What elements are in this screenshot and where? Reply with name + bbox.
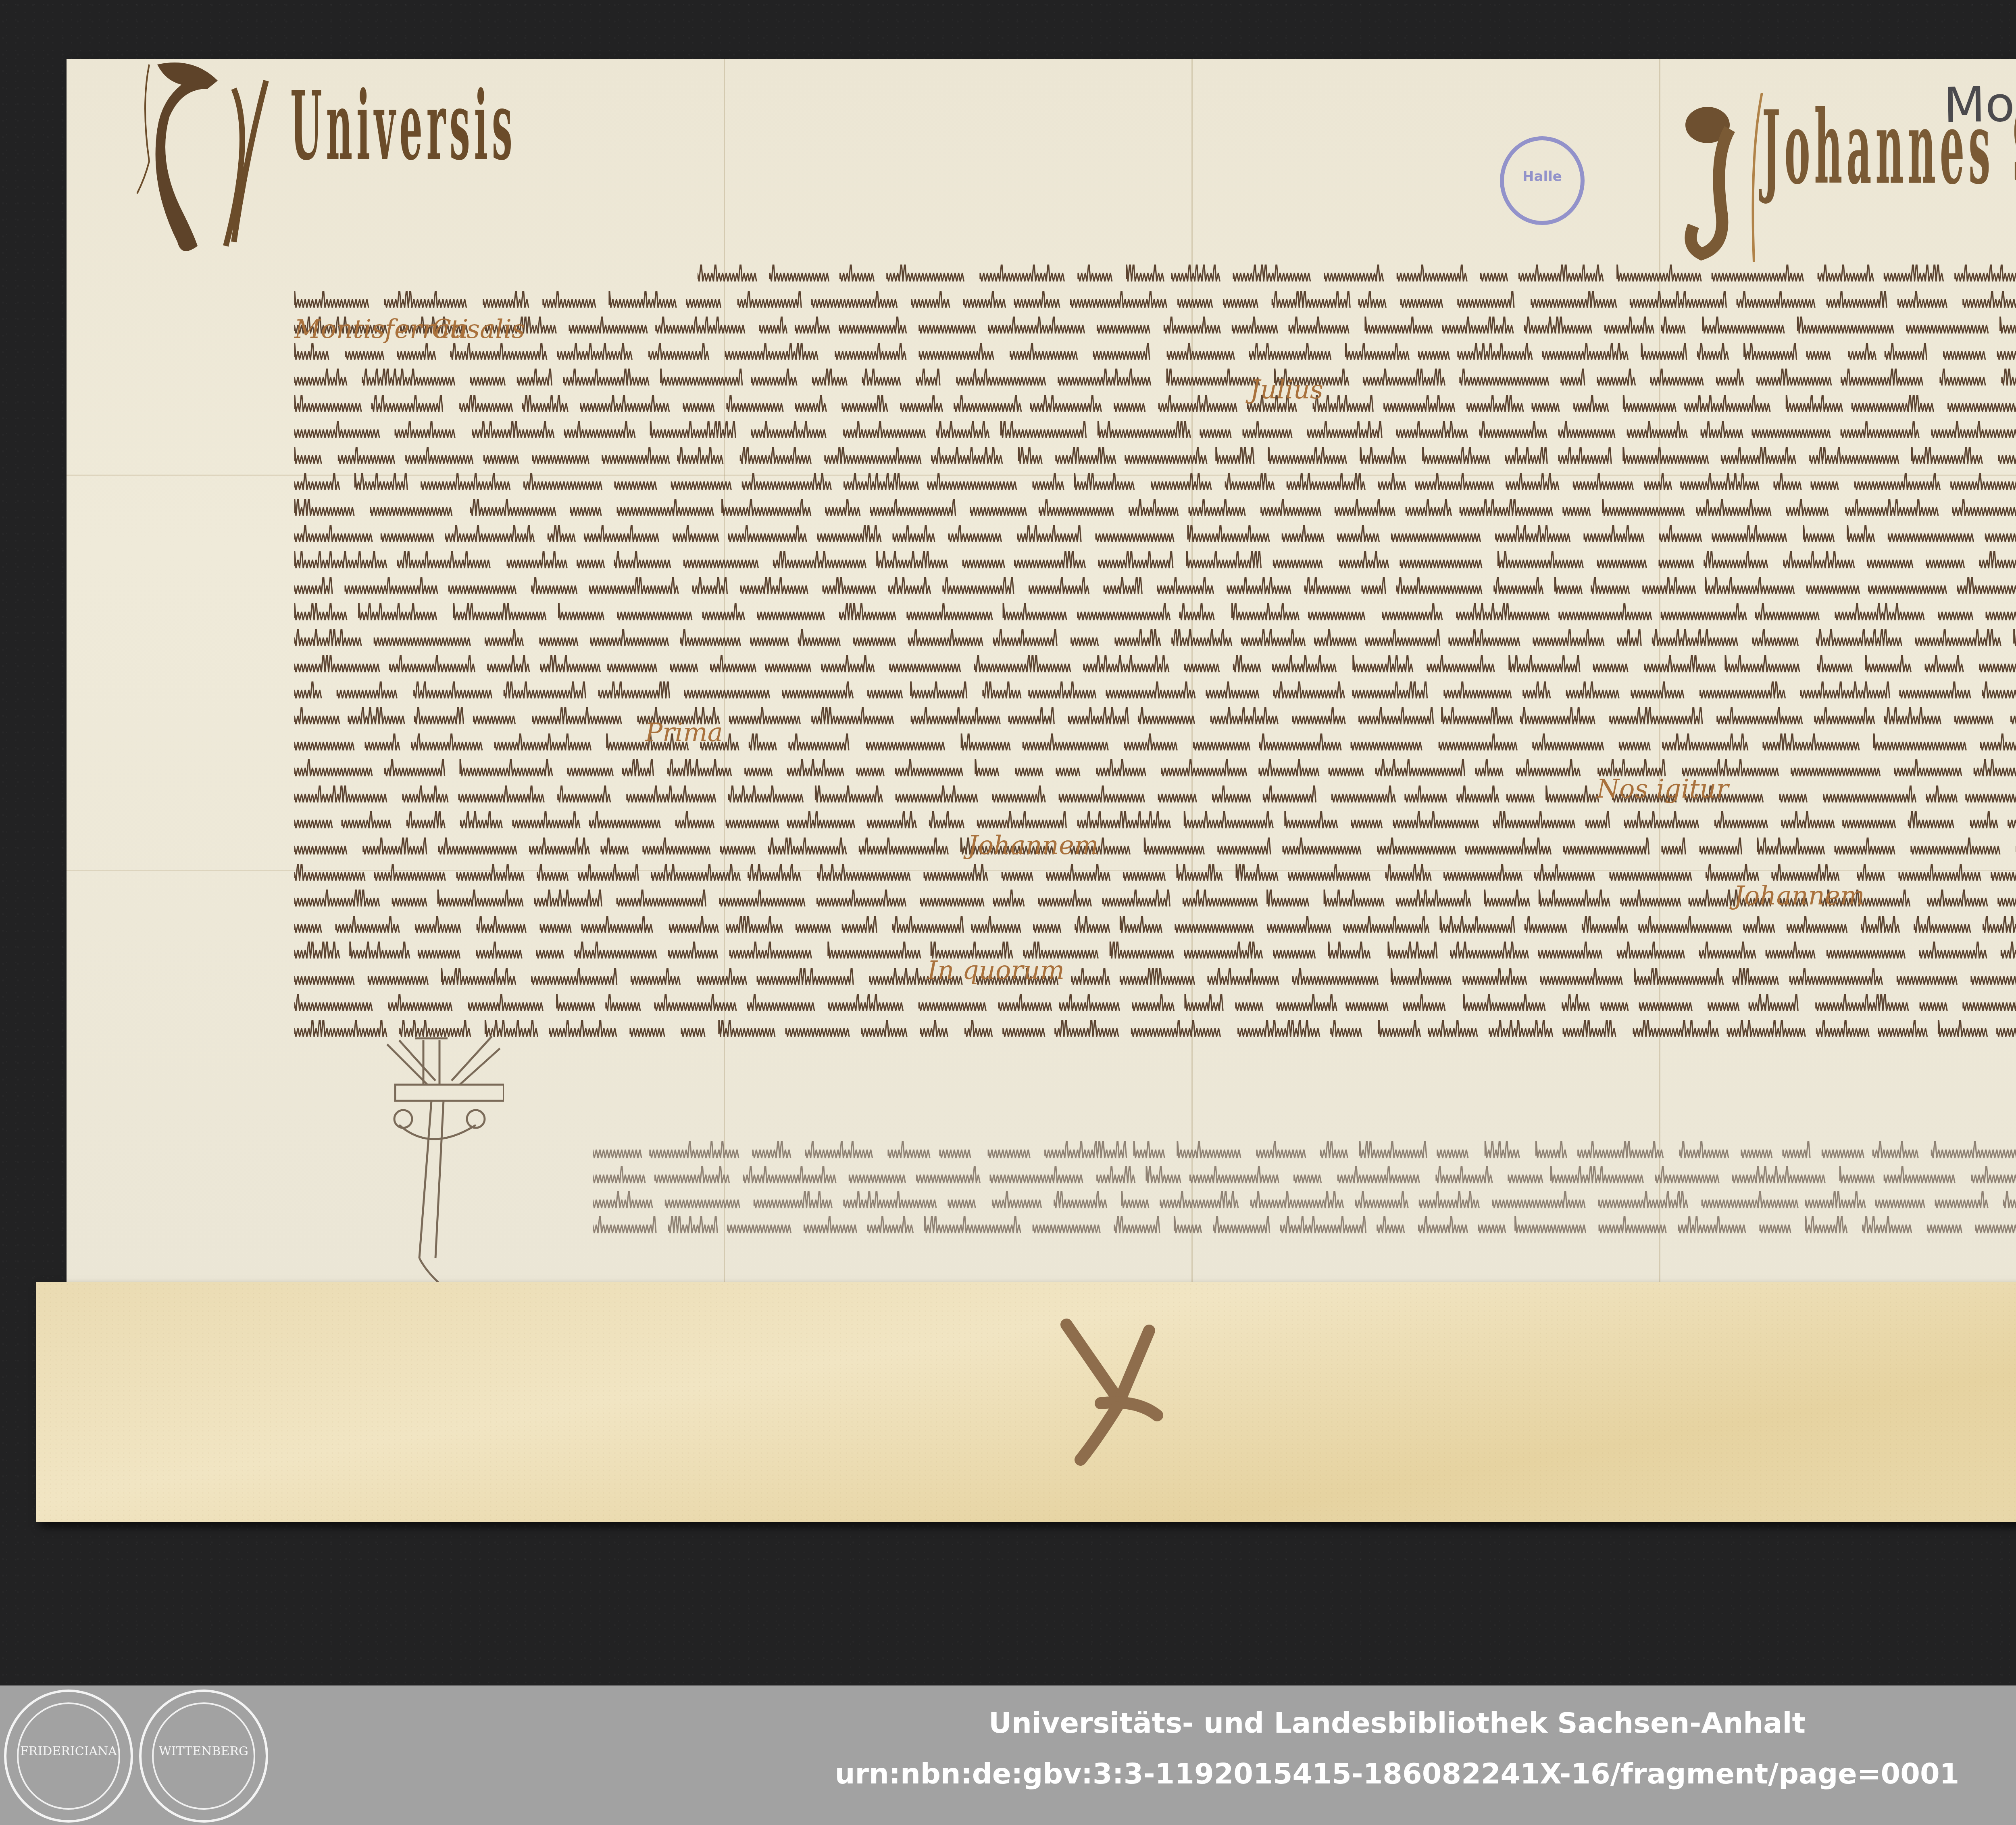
- rubricated-word: Nos igitur: [1597, 774, 1729, 804]
- manuscript-line: [294, 427, 2016, 440]
- manuscript-line: [294, 739, 2016, 752]
- subscription-line: [593, 1191, 2016, 1211]
- digitization-footer: FRIDERICIANA WITTENBERG Universitäts- un…: [0, 1685, 2016, 1825]
- manuscript-line: [294, 504, 2016, 517]
- seal-cord: [1008, 1270, 1452, 1694]
- manuscript-line: [294, 479, 2016, 492]
- urn-identifier[interactable]: urn:nbn:de:gbv:3:3-1192015415-186082241X…: [0, 1757, 2016, 1790]
- manuscript-line: [294, 348, 2016, 361]
- rubricated-word: In quorum: [927, 956, 1064, 985]
- notarial-subscription: [593, 1141, 2016, 1241]
- manuscript-line: [294, 1025, 2016, 1038]
- manuscript-line: [294, 452, 2016, 465]
- manuscript-line: [294, 687, 2016, 700]
- manuscript-line: [294, 973, 2016, 986]
- manuscript-line: [294, 869, 2016, 882]
- manuscript-line: [294, 843, 2016, 856]
- manuscript-line: [294, 817, 2016, 830]
- manuscript-line: [698, 270, 2016, 283]
- manuscript-line: [294, 557, 2016, 570]
- manuscript-line: [294, 609, 2016, 622]
- manuscript-line: [294, 713, 2016, 726]
- manuscript-line: [294, 374, 2016, 387]
- manuscript-line: [294, 921, 2016, 934]
- manuscript-line: [294, 1000, 2016, 1012]
- decorated-initial-u: [133, 56, 302, 266]
- stamp-text: Halle: [1504, 169, 1581, 185]
- rubricated-word: Johannem: [1734, 881, 1865, 911]
- manuscript-line: [294, 791, 2016, 804]
- manuscript-line: [294, 765, 2016, 778]
- manuscript-line: [294, 322, 2016, 335]
- opening-word-heading: Universis: [290, 71, 516, 182]
- manuscript-line: [294, 635, 2016, 648]
- rubricated-word: Prima: [645, 718, 723, 748]
- manuscript-line: [294, 661, 2016, 674]
- archive-shelfmark-note: Morbio 24 (45): [1943, 71, 2016, 133]
- manuscript-line: [294, 947, 2016, 960]
- subscription-line: [593, 1166, 2016, 1186]
- notarial-sign-icon: [371, 1032, 504, 1290]
- manuscript-line: [294, 531, 2016, 544]
- manuscript-line: [294, 296, 2016, 309]
- decorated-initial-j: [1669, 93, 1774, 262]
- charter-body-text: [294, 270, 2016, 1052]
- subscription-line: [593, 1216, 2016, 1236]
- subscription-line: [593, 1141, 2016, 1161]
- rubricated-word: Johannem: [968, 831, 1099, 860]
- institution-name: Universitäts- und Landesbibliothek Sachs…: [0, 1706, 2016, 1740]
- rubricated-word: Casalis: [431, 315, 525, 344]
- library-ownership-stamp: Halle: [1500, 136, 1585, 225]
- rubricated-word: Julius: [1250, 375, 1323, 405]
- manuscript-line: [294, 400, 2016, 413]
- manuscript-line: [294, 583, 2016, 596]
